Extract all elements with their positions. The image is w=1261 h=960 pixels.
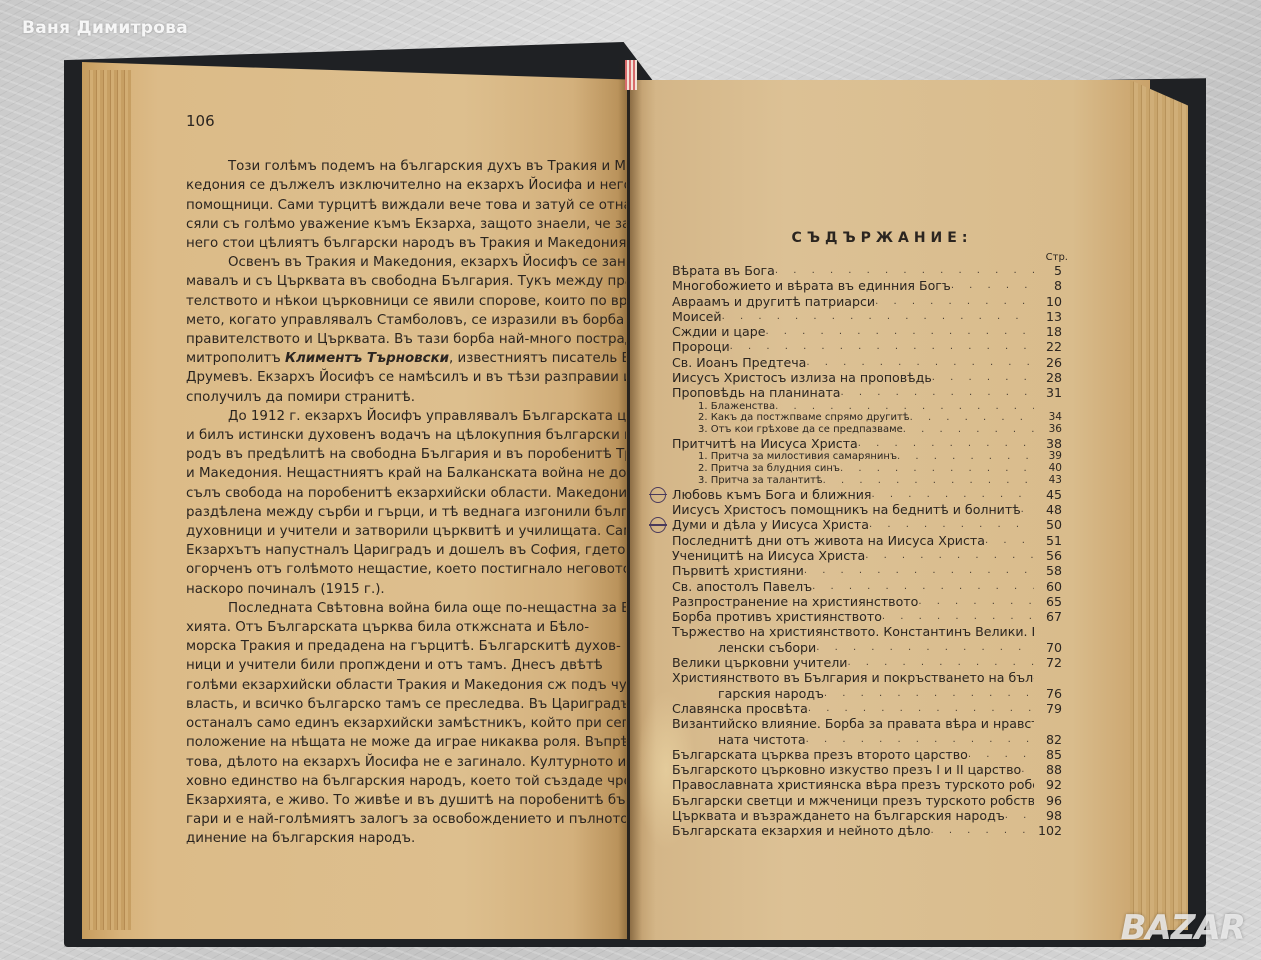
toc-entry-title: Славянска просвѣта [672, 701, 808, 716]
leader-dots [1005, 808, 1034, 823]
toc-entry-title: Църквата и възраждането на българския на… [672, 808, 1005, 823]
toc-entry-page: 5 [1034, 263, 1062, 278]
toc-entry: 3. Притча за талантитѣ43 [672, 475, 1062, 487]
toc-entry: 3. Отъ кои грѣхове да се предпазваме36 [672, 424, 1062, 436]
leader-dots [812, 579, 1034, 594]
text-line: Екзархътъ напустналъ Цариградъ и дошелъ … [186, 541, 626, 560]
toc-entry: ленски събори70 [672, 640, 1062, 655]
text-line-content: помощници. Сами турцитѣ виждали вече тов… [186, 198, 626, 213]
toc-entry: ната чистота82 [672, 732, 1062, 747]
right-page-edges [1130, 80, 1188, 930]
leader-dots [858, 436, 1034, 451]
toc-entry-title: Св. апостолъ Павелъ [672, 579, 812, 594]
text-line-content: останалъ само единъ екзархийски замѣстни… [186, 716, 626, 731]
toc-entry-title: Любовь къмъ Бога и ближния [672, 487, 872, 502]
text-line-content: него стои цѣлиятъ български народъ въ Тр… [186, 236, 626, 251]
toc-entry-page: 43 [1034, 475, 1062, 487]
leader-dots [840, 463, 1034, 475]
leader-dots [824, 686, 1034, 701]
leader-dots [903, 424, 1034, 436]
leader-dots [722, 309, 1034, 324]
text-line: хията. Отъ Българската църква била откжс… [186, 618, 626, 637]
toc-entry-title: Ученицитѣ на Иисуса Христа [672, 548, 865, 563]
toc-entry-title: ленски събори [718, 640, 816, 655]
text-line-content: Друмевъ. Екзархъ Йосифъ се намѣсилъ и въ… [186, 370, 626, 385]
text-line-content: морска Тракия и предадена на гърцитѣ. Бъ… [186, 639, 621, 654]
toc-entry: Тържество на християнството. Константинъ… [672, 624, 1062, 639]
toc-entry-title: Православната християнска вѣра презъ тур… [672, 777, 1034, 792]
toc-entry-page: 96 [1034, 793, 1062, 808]
toc-entry-title: Първитѣ християни [672, 563, 804, 578]
toc-entry: Иисусъ Христосъ помощникъ на беднитѣ и б… [672, 502, 1062, 517]
text-line: раздѣлена между сърби и гърци, и тѣ ведн… [186, 503, 626, 522]
toc-entry: 2. Притча за блудния синъ40 [672, 463, 1062, 475]
toc-entry-page: 70 [1034, 640, 1062, 655]
leader-dots [875, 294, 1034, 309]
toc-entry-title: Притчитѣ на Иисуса Христа [672, 436, 858, 451]
text-line-content: и Македония. Нещастниятъ край на Балканс… [186, 466, 626, 481]
text-line-content: Освенъ въ Тракия и Македония, екзархъ Йо… [228, 255, 626, 270]
toc-entry: гарския народъ76 [672, 686, 1062, 701]
text-line-content: това, дѣлото на екзархъ Йосифа не е заги… [186, 755, 626, 770]
toc-entry-page: 48 [1034, 502, 1062, 517]
toc-entry-title: Българската екзархия и нейното дѣло [672, 823, 930, 838]
toc-entry-page: 8 [1034, 278, 1062, 293]
leader-dots [897, 451, 1034, 463]
leader-dots [806, 355, 1034, 370]
toc-entry-title: Християнството въ България и покръстване… [672, 670, 1034, 685]
toc-entry-title: Български светци и мжченици презъ турско… [672, 793, 1034, 808]
leader-dots [775, 401, 1034, 413]
leader-dots [865, 548, 1034, 563]
toc-entry: Велики църковни учители72 [672, 655, 1062, 670]
toc-entry-title: Пророци [672, 339, 730, 354]
toc-entry-page: 56 [1034, 548, 1062, 563]
text-line: родъ въ предѣлитѣ на свободна България и… [186, 445, 626, 464]
toc-entry-page: 10 [1034, 294, 1062, 309]
text-line-content: наскоро починалъ (1915 г.). [186, 582, 385, 597]
text-line: ховно единство на българския народъ, кое… [186, 772, 626, 791]
text-line: власть, и всичко българско тамъ се пресл… [186, 695, 626, 714]
left-page-body: Този голѣмъ подемъ на българския духъ въ… [186, 157, 626, 848]
leader-dots [841, 385, 1034, 400]
leader-dots [951, 278, 1034, 293]
leader-dots [932, 370, 1034, 385]
text-line-content: мавалъ и съ Църквата въ свободна Българи… [186, 274, 626, 289]
toc-entry: Византийско влияние. Борба за правата вѣ… [672, 716, 1062, 731]
toc-entry-title: Авраамъ и другитѣ патриарси [672, 294, 875, 309]
text-line: Екзархията, е живо. То живѣе и въ душитѣ… [186, 791, 626, 810]
text-line: гари и е най-голѣмиятъ залогъ за освобож… [186, 810, 626, 829]
text-line: сяли съ голѣмо уважение къмъ Екзарха, за… [186, 215, 626, 234]
text-line: огорченъ отъ голѣмото нещастие, което по… [186, 560, 626, 579]
toc-entry-title: 3. Притча за талантитѣ [698, 475, 823, 487]
toc-entry-page: 102 [1034, 823, 1062, 838]
leader-dots [804, 563, 1034, 578]
site-watermark: BAZAR [1121, 908, 1245, 948]
toc-entry-title: Многобожието и вѣрата въ единния Богъ [672, 278, 951, 293]
text-line: положение на нѣщата не може да играе ник… [186, 733, 626, 752]
toc-entry: Авраамъ и другитѣ патриарси10 [672, 294, 1062, 309]
toc-entry-title: Велики църковни учители [672, 655, 847, 670]
toc-entry-page: 38 [1034, 436, 1062, 451]
text-line-content: положение на нѣщата не може да играе ник… [186, 735, 626, 750]
text-line: него стои цѣлиятъ български народъ въ Тр… [186, 234, 626, 253]
leader-dots [816, 640, 1034, 655]
leader-dots [730, 339, 1034, 354]
toc-entry-page: 67 [1034, 609, 1062, 624]
leader-dots [775, 263, 1034, 278]
toc-entry-page: 26 [1034, 355, 1062, 370]
toc-entry-title: Византийско влияние. Борба за правата вѣ… [672, 716, 1034, 731]
toc-entry-page: 51 [1034, 533, 1062, 548]
text-line-content: огорченъ отъ голѣмото нещастие, което по… [186, 562, 626, 577]
leader-dots [1021, 502, 1034, 517]
text-line-content: власть, и всичко българско тамъ се пресл… [186, 697, 626, 712]
text-line: Този голѣмъ подемъ на българския духъ въ… [186, 157, 626, 176]
leader-dots [872, 487, 1034, 502]
text-line-content: сяли съ голѣмо уважение къмъ Екзарха, за… [186, 217, 626, 232]
text-line: и Македония. Нещастниятъ край на Балканс… [186, 464, 626, 483]
toc-entry-title: Моисей [672, 309, 722, 324]
text-line: помощници. Сами турцитѣ виждали вече тов… [186, 196, 626, 215]
toc-entry-title: Иисусъ Христосъ излиза на проповѣдь [672, 370, 932, 385]
toc-entry-page: 92 [1034, 777, 1062, 792]
toc-entry-title: Тържество на християнството. Константинъ… [672, 624, 1034, 639]
emphasized-name: Климентъ Търновски [285, 351, 449, 366]
pen-mark-icon [650, 487, 666, 503]
text-line: сълъ свобода на поробенитѣ екзархийски о… [186, 484, 626, 503]
toc-entry: Първитѣ християни58 [672, 563, 1062, 578]
text-line: кедония се дължелъ изключително на екзар… [186, 176, 626, 195]
toc-entry-page: 22 [1034, 339, 1062, 354]
toc-entry: Проповѣдь на планината31 [672, 385, 1062, 400]
text-line-content: Екзархията, е живо. То живѣе и въ душитѣ… [186, 793, 626, 808]
toc-entry-title: Последнитѣ дни отъ живота на Иисуса Хрис… [672, 533, 985, 548]
toc-entry-title: 3. Отъ кои грѣхове да се предпазваме [698, 424, 903, 436]
leader-dots [882, 609, 1034, 624]
toc-entry-title: ната чистота [718, 732, 806, 747]
table-of-contents: СЪДЪРЖАНИЕ: Стр. Вѣрата въ Бога5Многобож… [672, 230, 1062, 839]
text-line-content: До 1912 г. екзархъ Йосифъ управлявалъ Бъ… [228, 409, 626, 424]
seller-watermark: Ваня Димитрова [22, 18, 188, 38]
text-line: правителството и Църквата. Въ тази борба… [186, 330, 626, 349]
leader-dots [869, 517, 1034, 532]
text-line: мето, когато управлявалъ Стамболовъ, се … [186, 311, 626, 330]
text-line: сполучилъ да помири странитѣ. [186, 388, 626, 407]
toc-entry-page: 72 [1034, 655, 1062, 670]
toc-entry-title: Разпространение на християнството [672, 594, 918, 609]
text-line: ници и учители били пропждени и отъ тамъ… [186, 656, 626, 675]
text-line: това, дѣлото на екзархъ Йосифа не е заги… [186, 753, 626, 772]
toc-entry-title: Вѣрата въ Бога [672, 263, 775, 278]
text-line: останалъ само единъ екзархийски замѣстни… [186, 714, 626, 733]
text-line: Друмевъ. Екзархъ Йосифъ се намѣсилъ и въ… [186, 368, 626, 387]
toc-entry-title: Проповѣдь на планината [672, 385, 841, 400]
left-page-edges [86, 70, 131, 930]
toc-entry-page: 31 [1034, 385, 1062, 400]
toc-entry: Българското църковно изкуство презъ I и … [672, 762, 1062, 777]
toc-entry: Православната християнска вѣра презъ тур… [672, 777, 1062, 792]
leader-dots [823, 475, 1034, 487]
text-line-content: , известниятъ писатель Василъ [449, 351, 626, 366]
toc-entry: Притчитѣ на Иисуса Христа38 [672, 436, 1062, 451]
text-line: морска Тракия и предадена на гърцитѣ. Бъ… [186, 637, 626, 656]
text-line: Освенъ въ Тракия и Македония, екзархъ Йо… [186, 253, 626, 272]
leader-dots [1021, 762, 1034, 777]
toc-entry-page: 98 [1034, 808, 1062, 823]
text-line-content: ници и учители били пропждени и отъ тамъ… [186, 658, 603, 673]
toc-entry: Иисусъ Христосъ излиза на проповѣдь28 [672, 370, 1062, 385]
toc-entry-title: Българското църковно изкуство презъ I и … [672, 762, 1021, 777]
toc-entry-title: Иисусъ Христосъ помощникъ на беднитѣ и б… [672, 502, 1021, 517]
text-line-content: мето, когато управлявалъ Стамболовъ, се … [186, 313, 626, 328]
leader-dots [808, 701, 1034, 716]
text-line-content: духовници и учители и затворили църквитѣ… [186, 524, 626, 539]
text-line: наскоро починалъ (1915 г.). [186, 580, 626, 599]
toc-page-column-label: Стр. [672, 252, 1068, 263]
toc-entry-title: Българската църква презъ второто царство [672, 747, 968, 762]
toc-entry-title: гарския народъ [718, 686, 824, 701]
leader-dots [930, 823, 1034, 838]
text-line-content: динение на българския народъ. [186, 831, 415, 846]
toc-entry-title: Сждии и царе [672, 324, 765, 339]
toc-entry-title: 1. Блаженства [698, 401, 775, 413]
toc-entry: Многобожието и вѣрата въ единния Богъ8 [672, 278, 1062, 293]
toc-entry-page: 60 [1034, 579, 1062, 594]
toc-entry: Пророци22 [672, 339, 1062, 354]
text-line-content: сполучилъ да помири странитѣ. [186, 390, 415, 405]
toc-entry: Разпространение на християнството65 [672, 594, 1062, 609]
text-line: телството и нѣкои църковници се явили сп… [186, 292, 626, 311]
text-line: духовници и учители и затворили църквитѣ… [186, 522, 626, 541]
text-line-content: гари и е най-голѣмиятъ залогъ за освобож… [186, 812, 626, 827]
text-line: мавалъ и съ Църквата въ свободна Българи… [186, 272, 626, 291]
toc-entry: Св. апостолъ Павелъ60 [672, 579, 1062, 594]
text-line-content: хията. Отъ Българската църква била откжс… [186, 620, 589, 635]
toc-entry: Църквата и възраждането на българския на… [672, 808, 1062, 823]
toc-entry: Вѣрата въ Бога5 [672, 263, 1062, 278]
toc-entry: Любовь къмъ Бога и ближния45 [672, 487, 1062, 502]
text-line-content: сълъ свобода на поробенитѣ екзархийски о… [186, 486, 626, 501]
headband [625, 60, 637, 90]
text-line-content: и билъ истински духовенъ водачъ на цѣлок… [186, 428, 626, 443]
text-line-content: Последната Свѣтовна война била още по-не… [228, 601, 626, 616]
toc-entry-page: 36 [1034, 424, 1062, 436]
toc-entry: 1. Блаженства [672, 401, 1062, 413]
toc-entry: Български светци и мжченици презъ турско… [672, 793, 1062, 808]
text-line-content: раздѣлена между сърби и гърци, и тѣ ведн… [186, 505, 626, 520]
text-line-content: Екзархътъ напустналъ Цариградъ и дошелъ … [186, 543, 626, 558]
text-line-content: кедония се дължелъ изключително на екзар… [186, 178, 626, 193]
leader-dots [847, 655, 1034, 670]
text-line-content: правителството и Църквата. Въ тази борба… [186, 332, 626, 347]
toc-entry-page: 88 [1034, 762, 1062, 777]
leader-dots [765, 324, 1034, 339]
text-line-content: голѣми екзархийски области Тракия и Маке… [186, 678, 626, 693]
toc-entry-page: 18 [1034, 324, 1062, 339]
toc-entry: Ученицитѣ на Иисуса Христа56 [672, 548, 1062, 563]
toc-entry: 2. Какъ да постжпваме спрямо другитѣ34 [672, 412, 1062, 424]
toc-entry: Българската екзархия и нейното дѣло102 [672, 823, 1062, 838]
leader-dots [968, 747, 1034, 762]
text-line-content: митрополитъ [186, 351, 285, 366]
toc-entry-page: 45 [1034, 487, 1062, 502]
toc-entry-page: 13 [1034, 309, 1062, 324]
toc-entry: Борба противъ християнството67 [672, 609, 1062, 624]
toc-title: СЪДЪРЖАНИЕ: [702, 230, 1062, 246]
toc-entry: Славянска просвѣта79 [672, 701, 1062, 716]
leader-dots [806, 732, 1034, 747]
toc-entry-page: 76 [1034, 686, 1062, 701]
leader-dots [918, 594, 1034, 609]
toc-entry-page: 58 [1034, 563, 1062, 578]
text-line-content: родъ въ предѣлитѣ на свободна България и… [186, 447, 626, 462]
toc-entry-page: 85 [1034, 747, 1062, 762]
toc-list: Вѣрата въ Бога5Многобожието и вѣрата въ … [672, 263, 1062, 839]
leader-dots [910, 412, 1034, 424]
text-line-content: Този голѣмъ подемъ на българския духъ въ… [228, 159, 626, 174]
toc-entry: Моисей13 [672, 309, 1062, 324]
toc-entry-title: 2. Какъ да постжпваме спрямо другитѣ [698, 412, 910, 424]
toc-entry-page: 65 [1034, 594, 1062, 609]
leader-dots [985, 533, 1034, 548]
text-line: голѣми екзархийски области Тракия и Маке… [186, 676, 626, 695]
toc-entry: Сждии и царе18 [672, 324, 1062, 339]
page-number: 106 [186, 112, 626, 131]
text-line: Последната Свѣтовна война била още по-не… [186, 599, 626, 618]
text-line: митрополитъ Климентъ Търновски, известни… [186, 349, 626, 368]
text-line: динение на българския народъ. [186, 829, 626, 848]
toc-entry: 1. Притча за милостивия самарянинъ39 [672, 451, 1062, 463]
toc-entry-page: 28 [1034, 370, 1062, 385]
toc-entry-title: Борба противъ християнството [672, 609, 882, 624]
toc-entry-page: 82 [1034, 732, 1062, 747]
toc-entry: Последнитѣ дни отъ живота на Иисуса Хрис… [672, 533, 1062, 548]
toc-entry-title: 2. Притча за блудния синъ [698, 463, 840, 475]
text-line: и билъ истински духовенъ водачъ на цѣлок… [186, 426, 626, 445]
toc-entry: Българската църква презъ второто царство… [672, 747, 1062, 762]
toc-entry-page: 50 [1034, 517, 1062, 532]
toc-entry-title: Думи и дѣла у Иисуса Христа [672, 517, 869, 532]
text-line-content: телството и нѣкои църковници се явили сп… [186, 294, 626, 309]
toc-entry: Св. Иоанъ Предтеча26 [672, 355, 1062, 370]
text-line: До 1912 г. екзархъ Йосифъ управлявалъ Бъ… [186, 407, 626, 426]
toc-entry-page: 79 [1034, 701, 1062, 716]
toc-entry: Християнството въ България и покръстване… [672, 670, 1062, 685]
text-line-content: ховно единство на българския народъ, кое… [186, 774, 626, 789]
toc-entry-title: 1. Притча за милостивия самарянинъ [698, 451, 897, 463]
toc-entry-title: Св. Иоанъ Предтеча [672, 355, 806, 370]
toc-entry: Думи и дѣла у Иисуса Христа50 [672, 517, 1062, 532]
left-page-text: 106 Този голѣмъ подемъ на българския дух… [186, 112, 626, 849]
